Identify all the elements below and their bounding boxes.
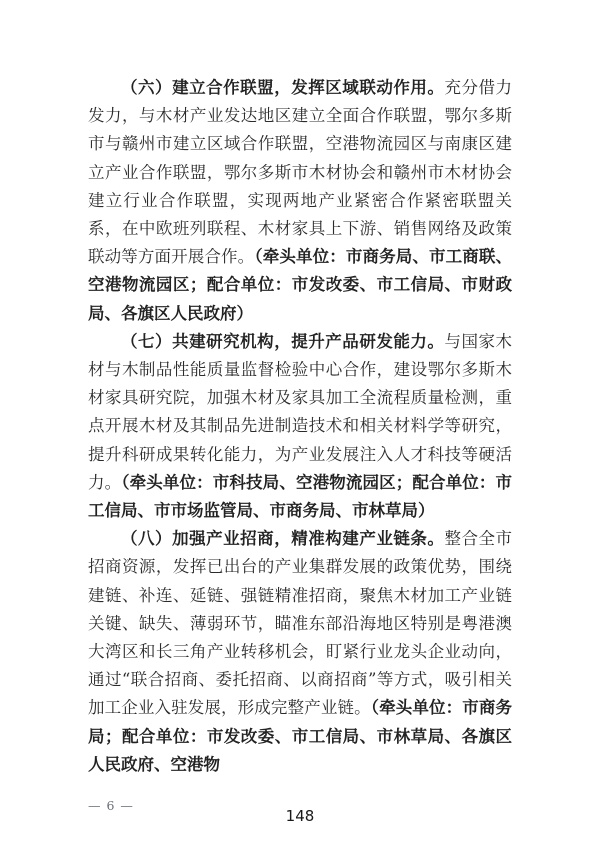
document-page: （六）建立合作联盟，发挥区域联动作用。充分借力发力，与木材产业发达地区建立全面合… [0, 0, 600, 848]
section-8-body-text: 整合全市招商资源，发挥已出台的产业集群发展的政策优势，围绕建链、补连、延链、强链… [88, 529, 512, 717]
section-7-heading: （七）共建研究机构，提升产品研发能力。 [121, 332, 444, 351]
section-paragraph-8: （八）加强产业招商，精准构建产业链条。整合全市招商资源，发挥已出台的产业集群发展… [88, 525, 512, 779]
section-6-body-text: 充分借力发力，与木材产业发达地区建立全面合作联盟，鄂尔多斯市与赣州市建立区域合作… [88, 78, 512, 266]
scan-page-number: 148 [0, 807, 600, 825]
section-8-heading: （八）加强产业招商，精准构建产业链条。 [121, 529, 444, 548]
section-paragraph-7: （七）共建研究机构，提升产品研发能力。与国家木材与木制品性能质量监督检验中心合作… [88, 328, 512, 525]
section-paragraph-6: （六）建立合作联盟，发挥区域联动作用。充分借力发力，与木材产业发达地区建立全面合… [88, 74, 512, 328]
document-body: （六）建立合作联盟，发挥区域联动作用。充分借力发力，与木材产业发达地区建立全面合… [88, 74, 512, 779]
section-6-heading: （六）建立合作联盟，发挥区域联动作用。 [121, 78, 444, 97]
section-7-responsible-units: （牵头单位：市科技局、空港物流园区；配合单位：市工信局、市市场监管局、市商务局、… [88, 473, 512, 520]
section-7-body-text: 与国家木材与木制品性能质量监督检验中心合作，建设鄂尔多斯木材家具研究院，加强木材… [88, 332, 512, 492]
